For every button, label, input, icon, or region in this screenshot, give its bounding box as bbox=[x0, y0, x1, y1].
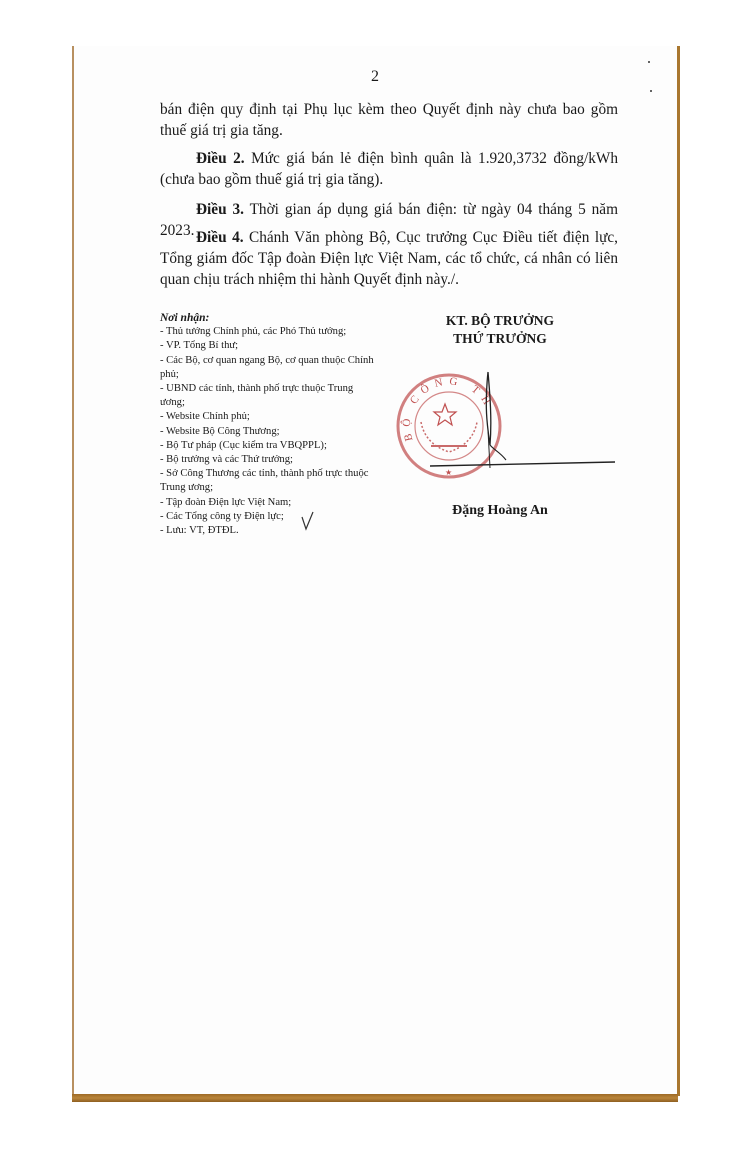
recipient-item: - VP. Tổng Bí thư; bbox=[160, 339, 380, 353]
article-2: Điều 2. Mức giá bán lẻ điện bình quân là… bbox=[160, 148, 618, 190]
page-number: 2 bbox=[0, 68, 750, 86]
recipient-item: - Các Tổng công ty Điện lực; bbox=[160, 510, 380, 524]
article-2-lead: Điều 2. bbox=[196, 150, 245, 167]
recipient-item: - Lưu: VT, ĐTĐL. bbox=[160, 524, 380, 538]
recipient-item: - UBND các tỉnh, thành phố trực thuộc Tr… bbox=[160, 382, 380, 410]
checkmark-icon bbox=[301, 511, 315, 531]
scan-speck bbox=[648, 61, 650, 63]
recipients-list: Nơi nhận: - Thủ tướng Chính phủ, các Phó… bbox=[160, 311, 380, 538]
recipient-item: - Tập đoàn Điện lực Việt Nam; bbox=[160, 496, 380, 510]
article-3-lead: Điều 3. bbox=[196, 201, 244, 218]
signer-title-block: KT. BỘ TRƯỞNG THỨ TRƯỞNG bbox=[410, 312, 590, 348]
recipient-item: - Bộ Tư pháp (Cục kiểm tra VBQPPL); bbox=[160, 439, 380, 453]
recipient-item: - Các Bộ, cơ quan ngang Bộ, cơ quan thuộ… bbox=[160, 354, 380, 382]
page-bottom-edge bbox=[72, 1094, 678, 1102]
signer-title-line1: KT. BỘ TRƯỞNG bbox=[410, 312, 590, 330]
recipient-item: - Website Bộ Công Thương; bbox=[160, 425, 380, 439]
recipients-heading: Nơi nhận: bbox=[160, 311, 380, 325]
signer-title-line2: THỨ TRƯỞNG bbox=[410, 330, 590, 348]
article-4-lead: Điều 4. bbox=[196, 229, 244, 246]
recipient-item: - Sở Công Thương các tỉnh, thành phố trự… bbox=[160, 467, 380, 495]
recipient-item: - Bộ trưởng và các Thứ trưởng; bbox=[160, 453, 380, 467]
recipient-item: - Website Chính phủ; bbox=[160, 410, 380, 424]
article-4: Điều 4. Chánh Văn phòng Bộ, Cục trưởng C… bbox=[160, 227, 618, 290]
paragraph-continuation: bán điện quy định tại Phụ lục kèm theo Q… bbox=[160, 99, 618, 141]
scan-speck bbox=[650, 90, 652, 92]
signer-name: Đặng Hoàng An bbox=[410, 503, 590, 519]
recipient-item: - Thủ tướng Chính phủ, các Phó Thủ tướng… bbox=[160, 325, 380, 339]
signature-icon bbox=[420, 370, 620, 470]
